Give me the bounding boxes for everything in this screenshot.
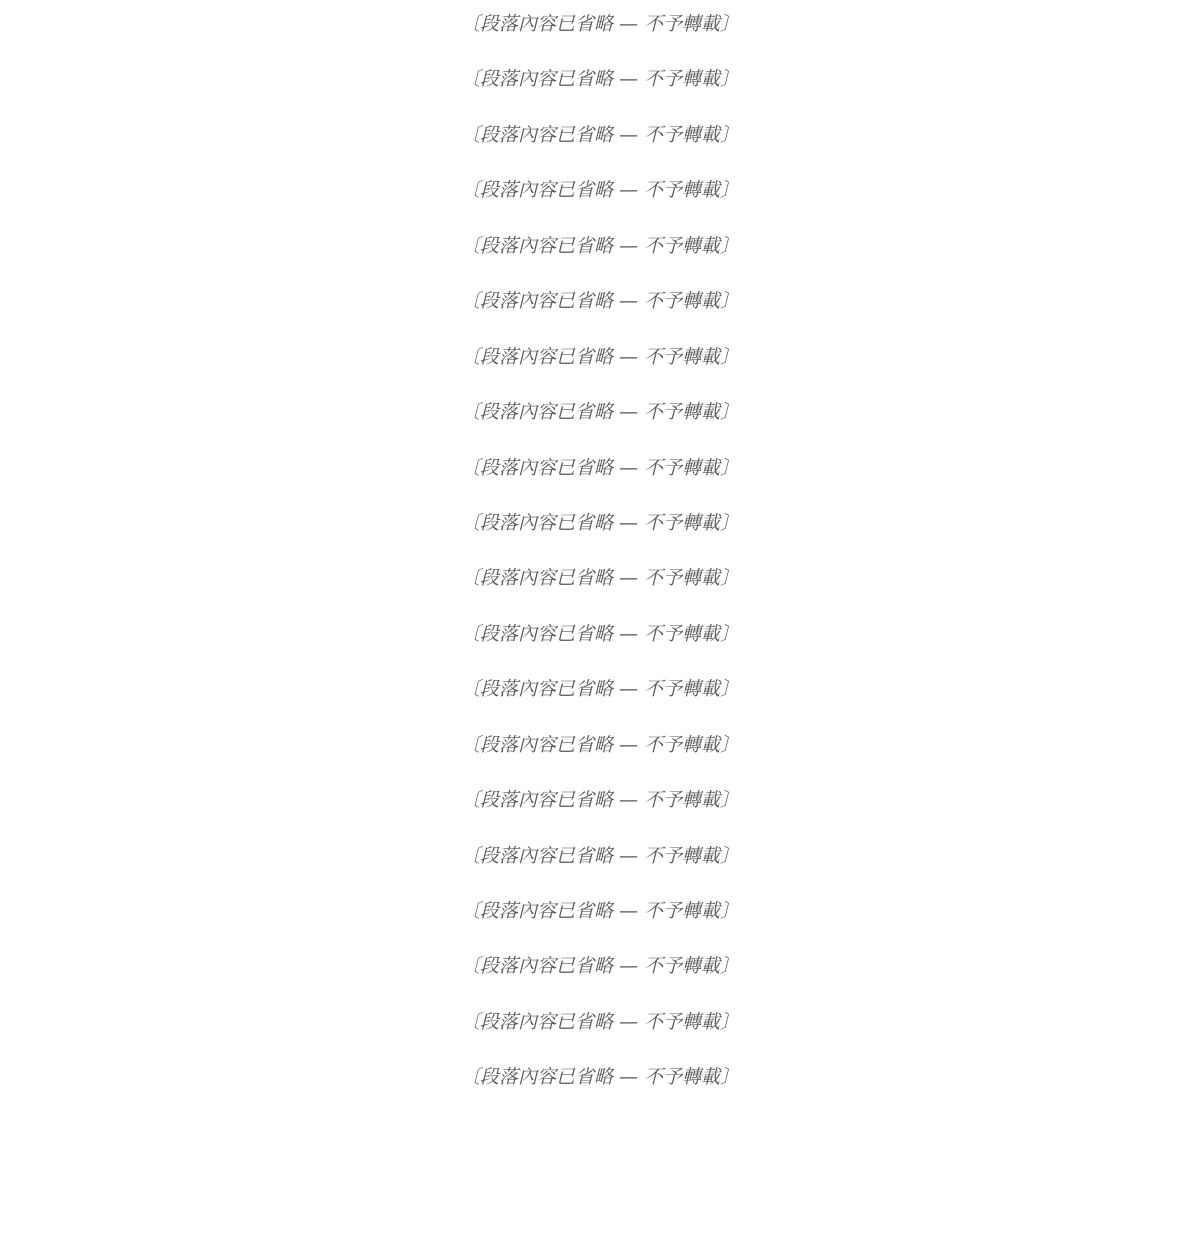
paragraph-list: 〔段落內容已省略 — 不予轉載〕〔段落內容已省略 — 不予轉載〕〔段落內容已省略…	[8, 10, 1192, 1093]
text-paragraph: 〔段落內容已省略 — 不予轉載〕	[8, 675, 1192, 704]
text-paragraph: 〔段落內容已省略 — 不予轉載〕	[8, 121, 1192, 150]
text-paragraph: 〔段落內容已省略 — 不予轉載〕	[8, 10, 1192, 39]
text-paragraph: 〔段落內容已省略 — 不予轉載〕	[8, 176, 1192, 205]
text-paragraph: 〔段落內容已省略 — 不予轉載〕	[8, 564, 1192, 593]
text-paragraph: 〔段落內容已省略 — 不予轉載〕	[8, 842, 1192, 871]
text-paragraph: 〔段落內容已省略 — 不予轉載〕	[8, 952, 1192, 981]
text-paragraph: 〔段落內容已省略 — 不予轉載〕	[8, 343, 1192, 372]
text-paragraph: 〔段落內容已省略 — 不予轉載〕	[8, 454, 1192, 483]
text-paragraph: 〔段落內容已省略 — 不予轉載〕	[8, 232, 1192, 261]
text-paragraph: 〔段落內容已省略 — 不予轉載〕	[8, 620, 1192, 649]
text-paragraph: 〔段落內容已省略 — 不予轉載〕	[8, 786, 1192, 815]
text-paragraph: 〔段落內容已省略 — 不予轉載〕	[8, 398, 1192, 427]
document-page: 〔段落內容已省略 — 不予轉載〕〔段落內容已省略 — 不予轉載〕〔段落內容已省略…	[0, 0, 1200, 1245]
text-paragraph: 〔段落內容已省略 — 不予轉載〕	[8, 65, 1192, 94]
text-paragraph: 〔段落內容已省略 — 不予轉載〕	[8, 287, 1192, 316]
text-paragraph: 〔段落內容已省略 — 不予轉載〕	[8, 1008, 1192, 1037]
text-paragraph: 〔段落內容已省略 — 不予轉載〕	[8, 1063, 1192, 1092]
text-paragraph: 〔段落內容已省略 — 不予轉載〕	[8, 897, 1192, 926]
text-paragraph: 〔段落內容已省略 — 不予轉載〕	[8, 731, 1192, 760]
text-paragraph: 〔段落內容已省略 — 不予轉載〕	[8, 509, 1192, 538]
